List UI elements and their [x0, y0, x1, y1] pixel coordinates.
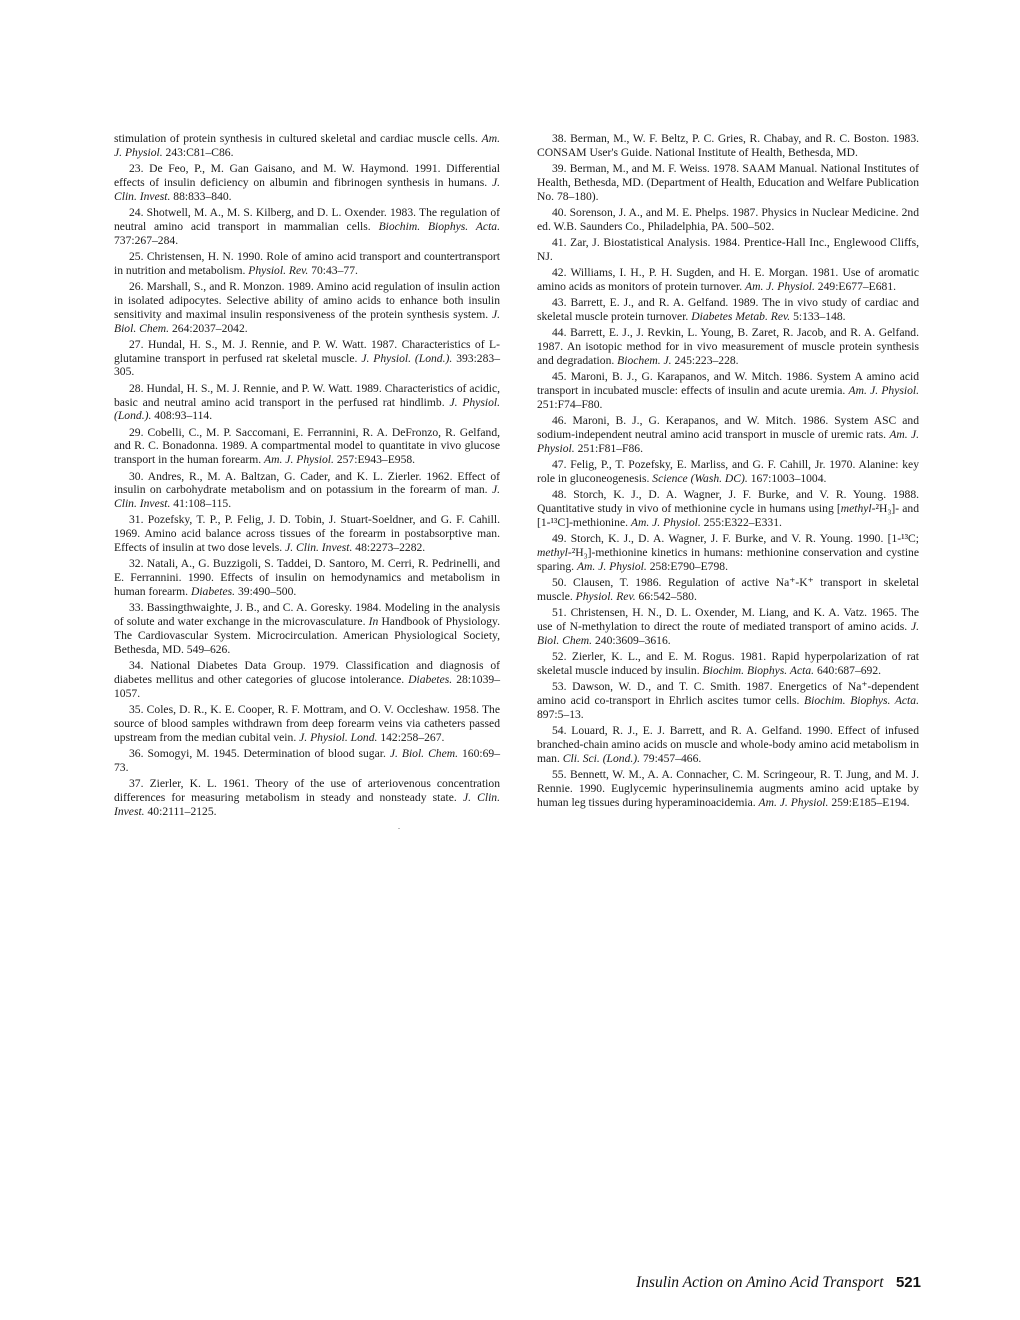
reference-31: 31. Pozefsky, T. P., P. Felig, J. D. Tob… — [114, 513, 500, 555]
reference-33: 33. Bassingthwaighte, J. B., and C. A. G… — [114, 601, 500, 656]
reference-35: 35. Coles, D. R., K. E. Cooper, R. F. Mo… — [114, 703, 500, 745]
reference-48: 48. Storch, K. J., D. A. Wagner, J. F. B… — [537, 488, 919, 530]
reference-36: 36. Somogyi, M. 1945. Determination of b… — [114, 747, 500, 775]
reference-45: 45. Maroni, B. J., G. Karapanos, and W. … — [537, 370, 919, 412]
references-column-right: 38. Berman, M., W. F. Beltz, P. C. Gries… — [537, 132, 919, 812]
reference-52: 52. Zierler, K. L., and E. M. Rogus. 198… — [537, 650, 919, 678]
reference-citation: 243:C81–C86. — [163, 146, 234, 159]
reference-25: 25. Christensen, H. N. 1990. Role of ami… — [114, 250, 500, 278]
reference-43: 43. Barrett, E. J., and R. A. Gelfand. 1… — [537, 296, 919, 324]
journal-page: stimulation of protein synthesis in cult… — [0, 0, 1020, 1320]
reference-27: 27. Hundal, H. S., M. J. Rennie, and P. … — [114, 338, 500, 380]
page-number: 521 — [896, 1274, 921, 1291]
reference-49: 49. Storch, K. J., D. A. Wagner, J. F. B… — [537, 532, 919, 574]
reference-34: 34. National Diabetes Data Group. 1979. … — [114, 659, 500, 701]
running-title: Insulin Action on Amino Acid Transport — [636, 1274, 884, 1292]
reference-54: 54. Louard, R. J., E. J. Barrett, and R.… — [537, 724, 919, 766]
reference-44: 44. Barrett, E. J., J. Revkin, L. Young,… — [537, 326, 919, 368]
reference-26: 26. Marshall, S., and R. Monzon. 1989. A… — [114, 280, 500, 335]
reference-51: 51. Christensen, H. N., D. L. Oxender, M… — [537, 606, 919, 648]
reference-38: 38. Berman, M., W. F. Beltz, P. C. Gries… — [537, 132, 919, 160]
reference-46: 46. Maroni, B. J., G. Kerapanos, and W. … — [537, 414, 919, 456]
reference-continuation: stimulation of protein synthesis in cult… — [114, 132, 500, 160]
reference-32: 32. Natali, A., G. Buzzigoli, S. Taddei,… — [114, 557, 500, 599]
reference-24: 24. Shotwell, M. A., M. S. Kilberg, and … — [114, 206, 500, 248]
reference-text: stimulation of protein synthesis in cult… — [114, 132, 482, 145]
reference-41: 41. Zar, J. Biostatistical Analysis. 198… — [537, 236, 919, 264]
reference-50: 50. Clausen, T. 1986. Regulation of acti… — [537, 576, 919, 604]
scan-speck — [398, 828, 400, 829]
reference-23: 23. De Feo, P., M. Gan Gaisano, and M. W… — [114, 162, 500, 204]
scan-speck — [894, 703, 896, 704]
reference-29: 29. Cobelli, C., M. P. Saccomani, E. Fer… — [114, 426, 500, 468]
reference-28: 28. Hundal, H. S., M. J. Rennie, and P. … — [114, 382, 500, 424]
reference-39: 39. Berman, M., and M. F. Weiss. 1978. S… — [537, 162, 919, 204]
reference-30: 30. Andres, R., M. A. Baltzan, G. Cader,… — [114, 470, 500, 512]
reference-37: 37. Zierler, K. L. 1961. Theory of the u… — [114, 777, 500, 819]
reference-53: 53. Dawson, W. D., and T. C. Smith. 1987… — [537, 680, 919, 722]
page-footer: Insulin Action on Amino Acid Transport 5… — [636, 1274, 921, 1294]
reference-47: 47. Felig, P., T. Pozefsky, E. Marliss, … — [537, 458, 919, 486]
references-column-left: stimulation of protein synthesis in cult… — [114, 132, 500, 821]
reference-55: 55. Bennett, W. M., A. A. Connacher, C. … — [537, 768, 919, 810]
reference-40: 40. Sorenson, J. A., and M. E. Phelps. 1… — [537, 206, 919, 234]
reference-42: 42. Williams, I. H., P. H. Sugden, and H… — [537, 266, 919, 294]
